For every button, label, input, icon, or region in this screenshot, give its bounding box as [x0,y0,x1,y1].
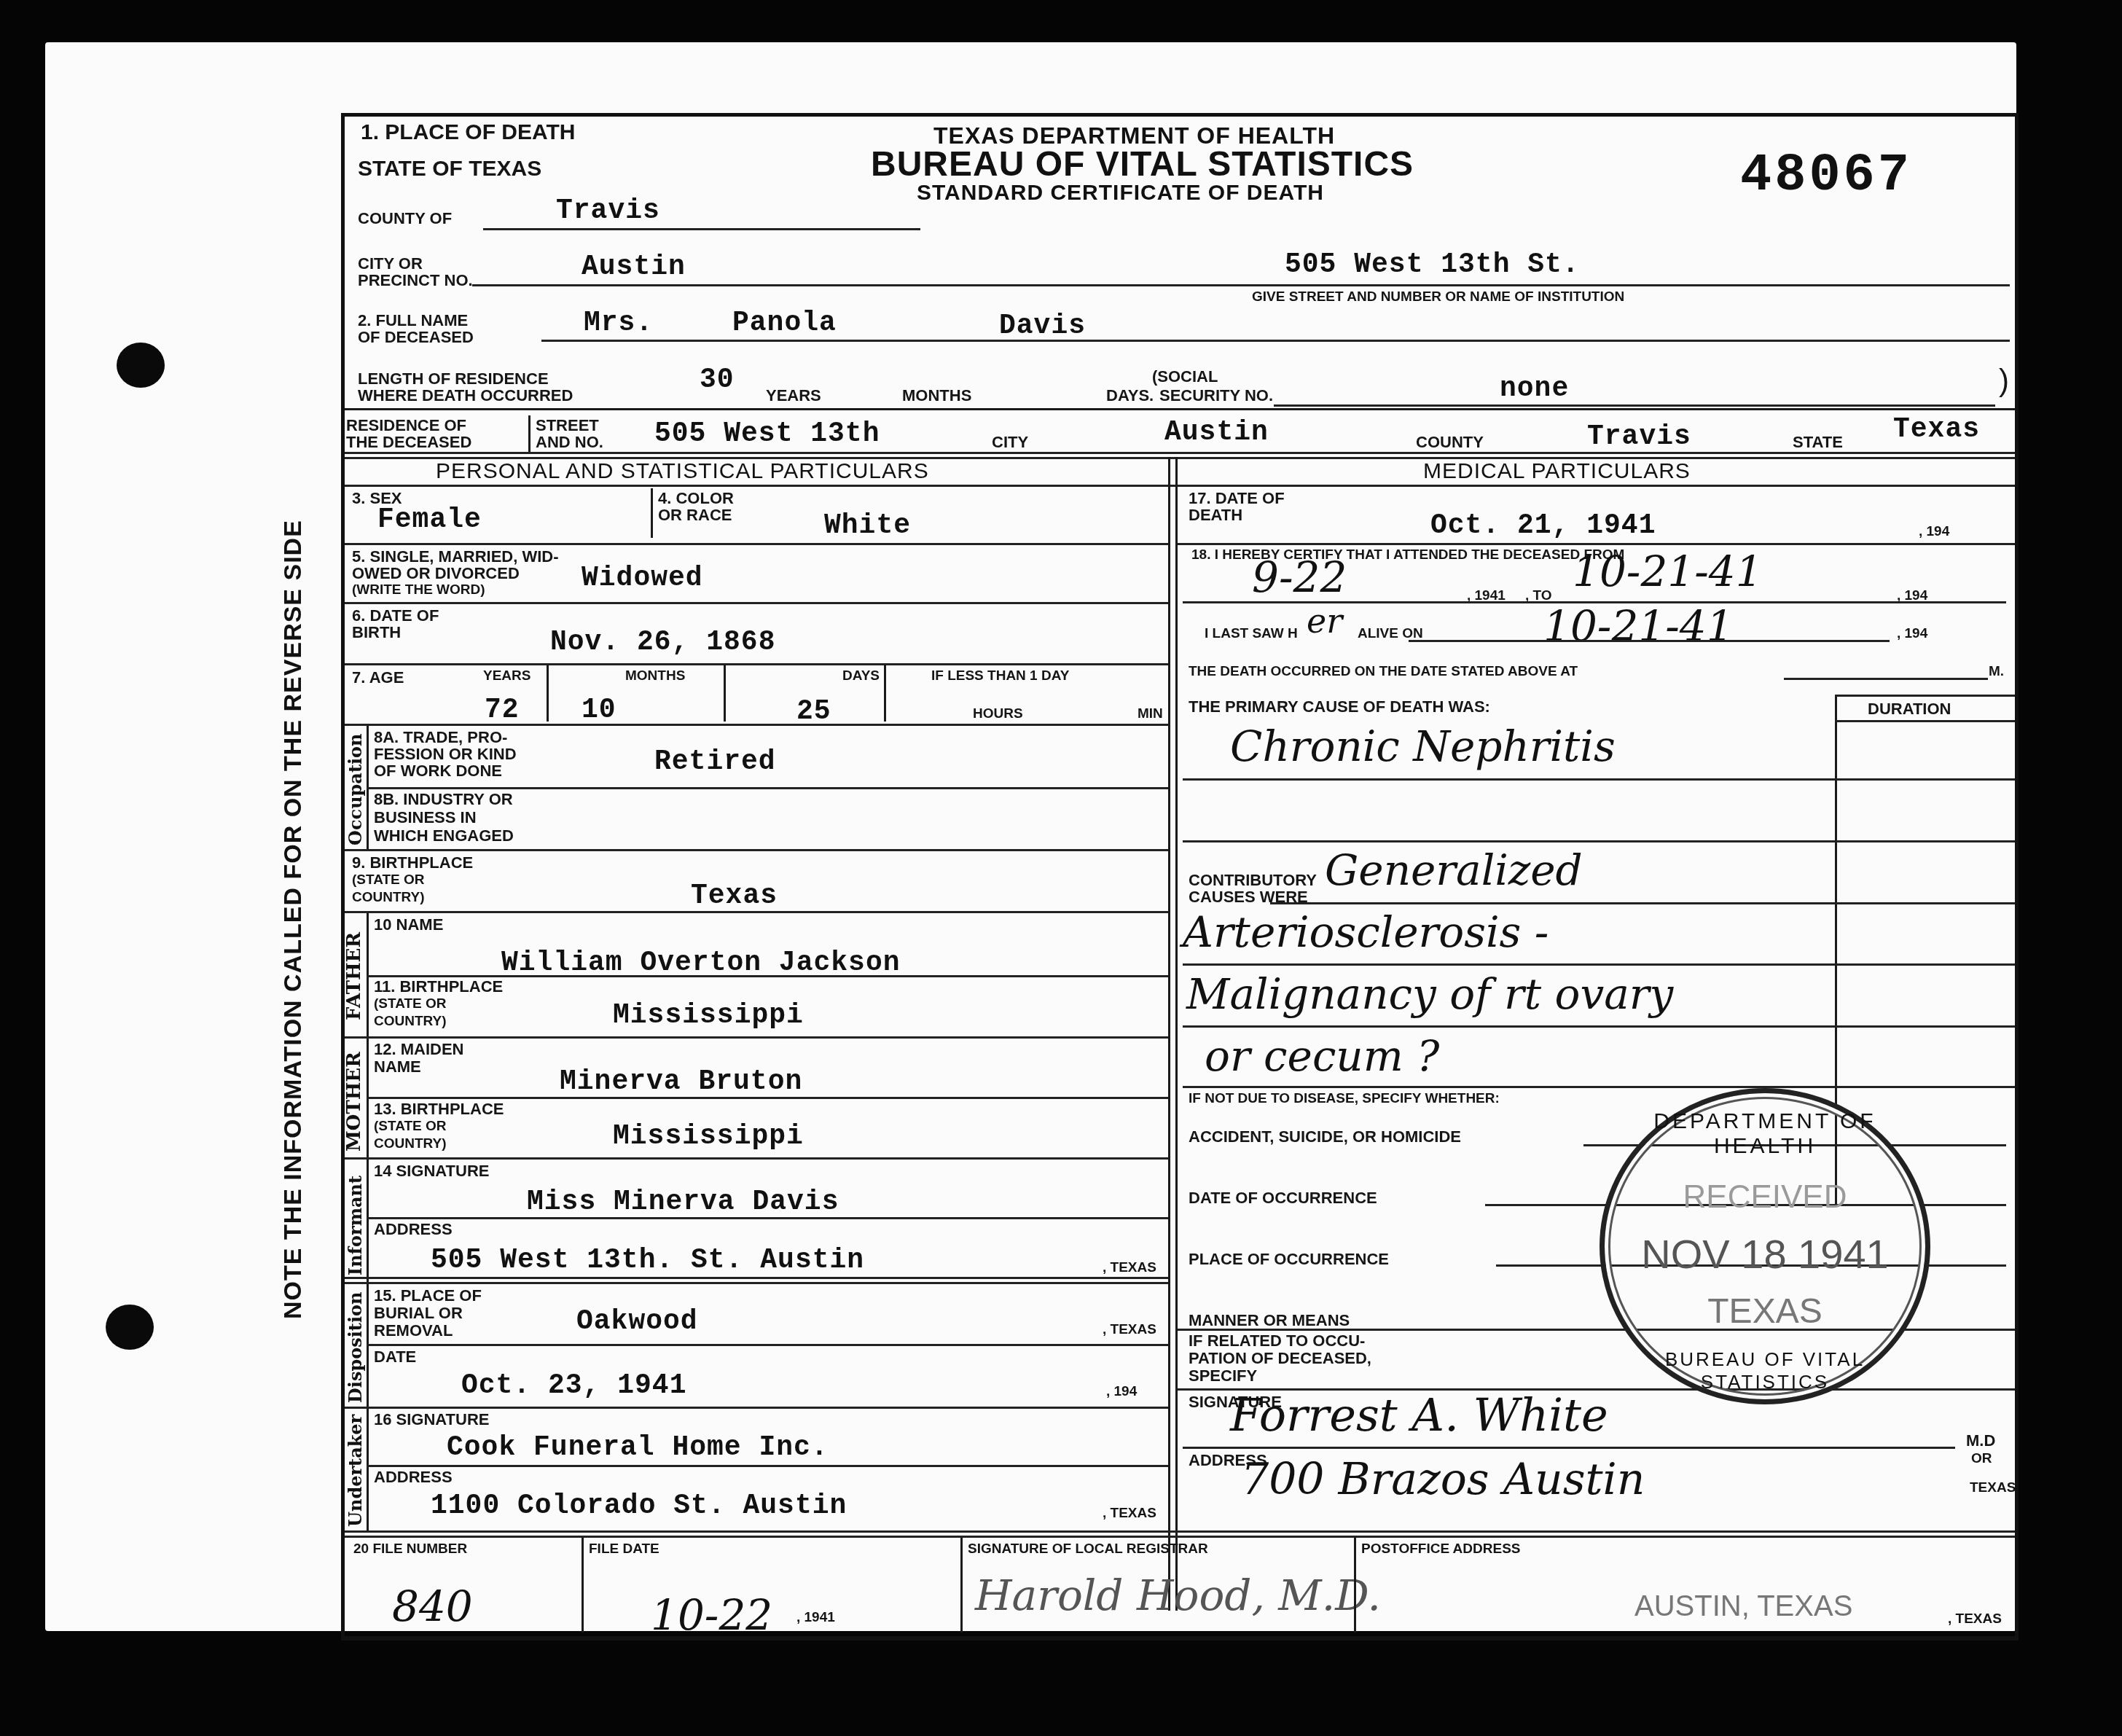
stamp-received: RECEIVED [1605,1179,1925,1216]
deceased-title: Mrs. [584,308,653,339]
burial-label-2: BURIAL OR [374,1305,463,1321]
undertaker-side-label: Undertaker [345,1415,366,1527]
registrar-signature: Harold Hood, M.D. [975,1571,1381,1620]
burial-place-value: Oakwood [576,1306,698,1337]
age-years-value: 72 [485,695,520,726]
dod-year-suffix: , 194 [1919,525,1949,539]
informant-sig-label: 14 SIGNATURE [374,1162,490,1179]
last-saw-date: 10-21-41 [1543,601,1734,651]
divider-sections-1 [345,452,2015,454]
stamp-bottom-arc: BUREAU OF VITAL STATISTICS [1605,1348,1925,1393]
undertaker-texas-label: , TEXAS [1103,1506,1156,1521]
certificate-number: 48067 [1740,146,1912,206]
divider-mother-name [367,1097,1168,1099]
last-saw-label: I LAST SAW H [1205,627,1298,641]
personal-section-title: PERSONAL AND STATISTICAL PARTICULARS [436,459,929,484]
postoffice-stamp: AUSTIN, TEXAS [1634,1590,1852,1623]
dob-value: Nov. 26, 1868 [550,627,775,658]
father-bp-label-3: COUNTRY) [374,1014,447,1029]
residence-brace [528,415,530,452]
divider-filing-1 [345,1530,2015,1533]
residence-years-value: 30 [700,364,735,396]
attended-from-value: 9-22 [1252,552,1347,602]
cause-line-1 [1183,778,2015,781]
last-saw-pronoun: er [1307,601,1342,641]
full-name-label-2: OF DECEASED [358,329,474,345]
divider-residence-top [345,408,2015,410]
marital-value: Widowed [582,563,703,594]
dod-value: Oct. 21, 1941 [1430,510,1656,541]
ss-underline [1274,404,1995,407]
md-or-label: OR [1971,1452,1992,1466]
place-of-death-label: 1. PLACE OF DEATH [361,122,575,143]
residence-label-2: THE DECEASED [346,434,471,450]
residence-state-label: STATE [1793,434,1843,450]
city-underline [472,284,2010,286]
full-name-label-1: 2. FULL NAME [358,312,468,329]
medical-section-title: MEDICAL PARTICULARS [1423,459,1691,484]
accident-label: ACCIDENT, SUICIDE, OR HOMICIDE [1189,1128,1461,1145]
dob-label-2: BIRTH [352,624,401,641]
physician-signature-underline [1183,1447,1955,1449]
social-security-close: ) [1999,370,2009,391]
death-street-value: 505 West 13th St. [1285,249,1580,281]
date-occurrence-label: DATE OF OCCURRENCE [1189,1189,1377,1206]
father-birthplace-value: Mississippi [613,1000,804,1031]
age-months-label: MONTHS [625,669,685,684]
divider-disposition [345,1407,1168,1409]
file-date-label: FILE DATE [589,1542,659,1557]
city-value: Austin [582,251,686,283]
sex-value: Female [377,504,482,536]
street-hint-label: GIVE STREET AND NUMBER OR NAME OF INSTIT… [1252,290,1624,305]
sex-color-divider [651,488,653,538]
informant-address-label: ADDRESS [374,1221,453,1238]
disposition-side-divider [367,1284,369,1408]
divider-undertaker-sig [367,1465,1168,1467]
age-years-label: YEARS [483,669,530,684]
contrib-label-1: CONTRIBUTORY [1189,872,1317,888]
county-label: COUNTY OF [358,210,452,227]
column-divider-a [1168,457,1170,1611]
physician-texas-label: TEXAS [1970,1481,2016,1495]
burial-year-suffix: , 194 [1106,1385,1137,1399]
file-year-value: , 1941 [796,1611,835,1625]
physician-address: 700 Brazos Austin [1241,1454,1645,1505]
physician-signature: Forrest A. White [1230,1388,1608,1442]
marital-label-3: (WRITE THE WORD) [352,583,485,598]
mother-name-label-2: NAME [374,1058,421,1075]
trade-label-3: OF WORK DONE [374,762,502,779]
undertaker-sig-label: 16 SIGNATURE [374,1411,490,1428]
divider-trade [367,787,1168,789]
social-security-label-1: (SOCIAL [1152,368,1218,385]
father-bp-label-1: 11. BIRTHPLACE [374,978,503,995]
industry-label-1: 8B. INDUSTRY OR [374,791,513,808]
occurred-suffix: M. [1989,665,2004,679]
residence-length-label-1: LENGTH OF RESIDENCE [358,370,549,387]
marital-label-2: OWED OR DIVORCED [352,565,520,582]
mother-side-label: MOTHER [343,1052,365,1152]
divider-informant-1 [345,1277,1168,1279]
mother-side-divider [367,1039,369,1162]
dob-label-1: 6. DATE OF [352,607,439,624]
age-divider-2 [724,665,726,722]
age-less-label: IF LESS THAN 1 DAY [931,669,1069,684]
divider-dob [345,663,1168,665]
city-label-2: PRECINCT NO. [358,272,473,289]
contributory-cause-1: Generalized [1325,845,1583,895]
occ-related-label-1: IF RELATED TO OCCU- [1189,1332,1365,1349]
occ-related-label-2: PATION OF DECEASED, [1189,1350,1371,1366]
burial-texas-label: , TEXAS [1103,1323,1156,1337]
occ-related-label-3: SPECIFY [1189,1367,1257,1384]
death-certificate-form: 1. PLACE OF DEATH STATE OF TEXAS TEXAS D… [341,113,2019,1641]
trade-label-2: FESSION OR KIND [374,746,517,762]
residence-state-value: Texas [1893,414,1980,445]
dod-label-2: DEATH [1189,507,1242,523]
stamp-date: NOV 18 1941 [1605,1230,1925,1278]
age-hours-label: HOURS [973,707,1023,722]
informant-side-label: Informant [345,1176,366,1275]
punch-hole-bottom [106,1305,154,1350]
residence-city-label: CITY [992,434,1028,450]
divider-age [345,724,1168,726]
informant-texas-label: , TEXAS [1103,1261,1156,1275]
age-label: 7. AGE [352,669,404,686]
bureau-title: BUREAU OF VITAL STATISTICS [871,144,1414,184]
residence-city-value: Austin [1164,417,1269,448]
file-number-label: 20 FILE NUMBER [353,1542,467,1557]
mother-bp-label-1: 13. BIRTHPLACE [374,1100,504,1117]
father-name-value: William Overton Jackson [501,947,901,979]
birthplace-label-1: 9. BIRTHPLACE [352,854,473,871]
informant-address-value: 505 West 13th. St. Austin [431,1245,864,1276]
filing-divider-3 [1354,1538,1356,1633]
divider-industry [345,849,1168,851]
primary-cause-value: Chronic Nephritis [1230,722,1616,771]
residence-length-label-2: WHERE DEATH OCCURRED [358,387,573,404]
column-divider-b [1175,457,1178,1611]
burial-date-value: Oct. 23, 1941 [461,1370,686,1401]
age-divider-3 [884,665,886,722]
divider-informant-2 [345,1282,1168,1284]
residence-county-value: Travis [1587,421,1691,453]
marital-label-1: 5. SINGLE, MARRIED, WID- [352,548,559,565]
age-days-value: 25 [796,696,831,727]
divider-dod [1178,543,2015,545]
undertaker-address-label: ADDRESS [374,1469,453,1485]
divider-marital [345,602,1168,604]
cause-line-4 [1183,963,2015,966]
age-divider-1 [547,665,549,722]
birthplace-value: Texas [691,880,778,912]
occurred-label: THE DEATH OCCURRED ON THE DATE STATED AB… [1189,665,1578,679]
birthplace-label-3: COUNTRY) [352,891,425,905]
county-value: Travis [556,195,660,227]
color-label-1: 4. COLOR [658,490,734,507]
divider-under-headings [345,485,2015,487]
informant-value: Miss Minerva Davis [527,1186,839,1218]
burial-label-3: REMOVAL [374,1322,453,1339]
file-number-value: 840 [392,1581,473,1631]
cause-line-3 [1270,902,2015,904]
county-underline [483,228,920,230]
father-side-label: FATHER [343,932,365,1020]
registrar-label: SIGNATURE OF LOCAL REGISTRAR [968,1542,1208,1557]
place-occurrence-label: PLACE OF OCCURRENCE [1189,1251,1389,1267]
last-saw-year-suffix: , 194 [1897,627,1927,641]
city-label-1: CITY OR [358,255,423,272]
father-bp-label-2: (STATE OR [374,997,447,1012]
manner-label: MANNER OR MEANS [1189,1312,1350,1329]
filing-divider-2 [960,1538,963,1633]
age-days-label: DAYS [842,669,880,684]
color-value: White [824,510,911,541]
undertaker-side-divider [367,1409,369,1533]
form-title: STANDARD CERTIFICATE OF DEATH [917,181,1324,206]
mother-birthplace-value: Mississippi [613,1121,804,1152]
industry-label-3: WHICH ENGAGED [374,827,514,844]
occurred-underline [1784,678,1988,680]
attended-to-value: 10-21-41 [1573,547,1763,596]
reverse-side-note: NOTE THE INFORMATION CALLED FOR ON THE R… [279,520,308,1319]
age-min-label: MIN [1138,707,1163,722]
contributory-cause-4: or cecum ? [1205,1031,1439,1081]
burial-label-1: 15. PLACE OF [374,1287,482,1304]
received-stamp: DEPARTMENT OF HEALTH RECEIVED NOV 18 194… [1600,1088,1930,1404]
cause-line-5 [1183,1025,2015,1028]
divider-sex [345,543,1168,545]
primary-cause-label: THE PRIMARY CAUSE OF DEATH WAS: [1189,698,1490,715]
days-label: DAYS. [1106,387,1154,404]
months-label: MONTHS [902,387,971,404]
years-label: YEARS [766,387,821,404]
last-saw-underline [1409,640,1890,642]
cause-line-6 [1183,1086,2015,1088]
file-date-value: 10-22 [651,1590,772,1640]
social-security-value: none [1500,373,1569,404]
color-label-2: OR RACE [658,507,732,523]
mother-bp-label-2: (STATE OR [374,1119,447,1134]
undertaker-value: Cook Funeral Home Inc. [447,1432,829,1463]
dod-label-1: 17. DATE OF [1189,490,1285,507]
street-label-1: STREET [536,417,599,434]
birthplace-label-2: (STATE OR [352,873,425,888]
mother-bp-label-3: COUNTRY) [374,1137,447,1152]
not-disease-label: IF NOT DUE TO DISEASE, SPECIFY WHETHER: [1189,1092,1500,1106]
residence-county-label: COUNTY [1416,434,1484,450]
mother-name-label-1: 12. MAIDEN [374,1041,463,1057]
postoffice-texas-suffix: , TEXAS [1948,1612,2002,1627]
industry-label-2: BUSINESS IN [374,809,477,826]
punch-hole-top [117,343,165,388]
state-of-texas-label: STATE OF TEXAS [358,159,541,179]
occupation-side-label: Occupation [345,733,366,845]
street-label-2: AND NO. [536,434,603,450]
mother-name-value: Minerva Bruton [560,1066,802,1098]
informant-side-divider [367,1160,369,1282]
postoffice-label: POSTOFFICE ADDRESS [1361,1542,1521,1557]
stamp-top-arc: DEPARTMENT OF HEALTH [1605,1109,1925,1159]
cause-line-2 [1183,840,2015,842]
undertaker-address-value: 1100 Colorado St. Austin [431,1490,847,1522]
duration-bottom-rule [1835,720,2015,722]
contributory-cause-3: Malignancy of rt ovary [1186,969,1673,1019]
trade-label-1: 8A. TRADE, PRO- [374,729,507,746]
duration-top-rule [1835,695,2015,697]
disposition-side-label: Disposition [345,1291,366,1403]
divider-mother [345,1157,1168,1160]
deceased-first-name: Panola [732,308,837,339]
residence-label-1: RESIDENCE OF [346,417,466,434]
father-name-label: 10 NAME [374,916,443,933]
filing-divider-1 [582,1538,584,1633]
divider-filing-2 [345,1536,2015,1538]
divider-birthplace [345,911,1168,913]
social-security-label-2: SECURITY NO. [1159,387,1273,404]
divider-informant-sig [367,1217,1168,1219]
stamp-state: TEXAS [1605,1291,1925,1332]
contributory-cause-2: Arteriosclerosis - [1183,907,1549,957]
divider-burial-place [367,1344,1168,1346]
md-label: M.D [1966,1432,1995,1449]
deceased-last-name: Davis [999,310,1086,342]
burial-date-label: DATE [374,1348,416,1365]
age-months-value: 10 [582,695,616,726]
duration-label: DURATION [1868,700,1951,717]
alive-on-label: ALIVE ON [1358,627,1423,641]
residence-street-value: 505 West 13th [654,418,880,450]
trade-value: Retired [654,746,776,778]
name-underline [541,340,2010,342]
divider-father [345,1036,1168,1039]
